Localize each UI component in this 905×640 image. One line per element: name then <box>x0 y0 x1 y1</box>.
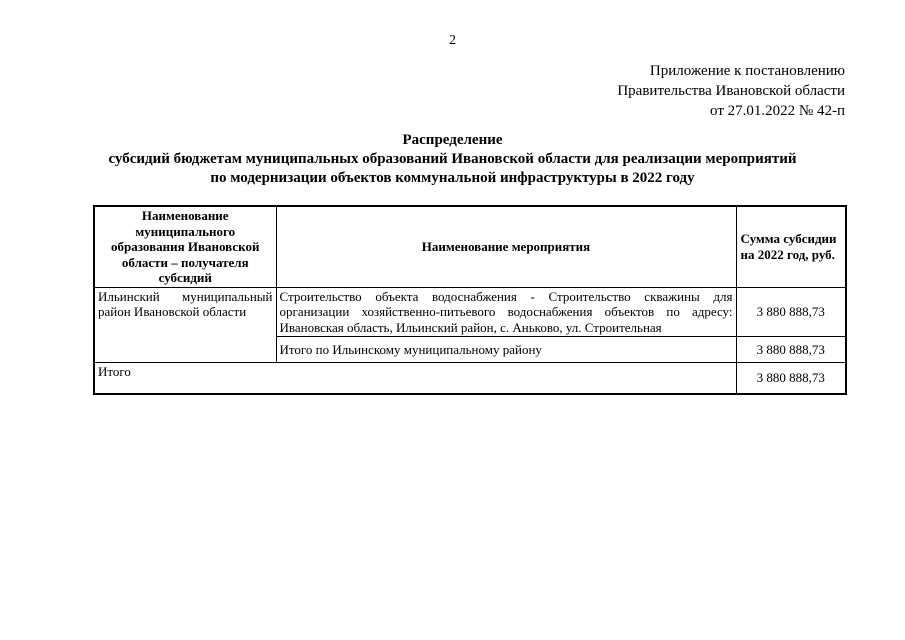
header-recipient-line: муниципального <box>98 224 273 240</box>
cell-total-sum: 3 880 888,73 <box>736 363 846 394</box>
cell-total-label: Итого <box>94 363 736 394</box>
title-line-3: по модернизации объектов коммунальной ин… <box>55 169 850 188</box>
header-measure-column: Наименование мероприятия <box>276 206 736 287</box>
title-line-1: Распределение <box>55 131 850 150</box>
appendix-line-1: Приложение к постановлению <box>617 61 845 81</box>
header-recipient-line: образования Ивановской <box>98 239 273 255</box>
header-sum-line: Сумма субсидии <box>741 231 842 247</box>
page-number: 2 <box>0 32 905 50</box>
header-recipient-line: области – получателя <box>98 255 273 271</box>
appendix-reference: Приложение к постановлению Правительства… <box>617 61 845 121</box>
header-sum-line: на 2022 год, руб. <box>741 247 842 263</box>
document-page: 2 Приложение к постановлению Правительст… <box>0 0 905 640</box>
cell-recipient: Ильинский муниципальный район Ивановской… <box>94 287 276 363</box>
cell-measure-sum: 3 880 888,73 <box>736 287 846 337</box>
cell-subtotal-label: Итого по Ильинскому муниципальному район… <box>276 337 736 363</box>
document-title: Распределение субсидий бюджетам муниципа… <box>55 131 850 188</box>
appendix-line-3: от 27.01.2022 № 42-п <box>617 101 845 121</box>
table-row-total: Итого 3 880 888,73 <box>94 363 846 394</box>
header-recipient-column: Наименование муниципального образования … <box>94 206 276 287</box>
table-row-measure: Ильинский муниципальный район Ивановской… <box>94 287 846 337</box>
cell-measure-description: Строительство объекта водоснабжения - Ст… <box>276 287 736 337</box>
header-recipient-line: субсидий <box>98 270 273 286</box>
cell-subtotal-sum: 3 880 888,73 <box>736 337 846 363</box>
subsidy-distribution-table: Наименование муниципального образования … <box>93 205 847 395</box>
table-header-row: Наименование муниципального образования … <box>94 206 846 287</box>
header-recipient-line: Наименование <box>98 208 273 224</box>
appendix-line-2: Правительства Ивановской области <box>617 81 845 101</box>
header-sum-column: Сумма субсидии на 2022 год, руб. <box>736 206 846 287</box>
title-line-2: субсидий бюджетам муниципальных образова… <box>55 150 850 169</box>
